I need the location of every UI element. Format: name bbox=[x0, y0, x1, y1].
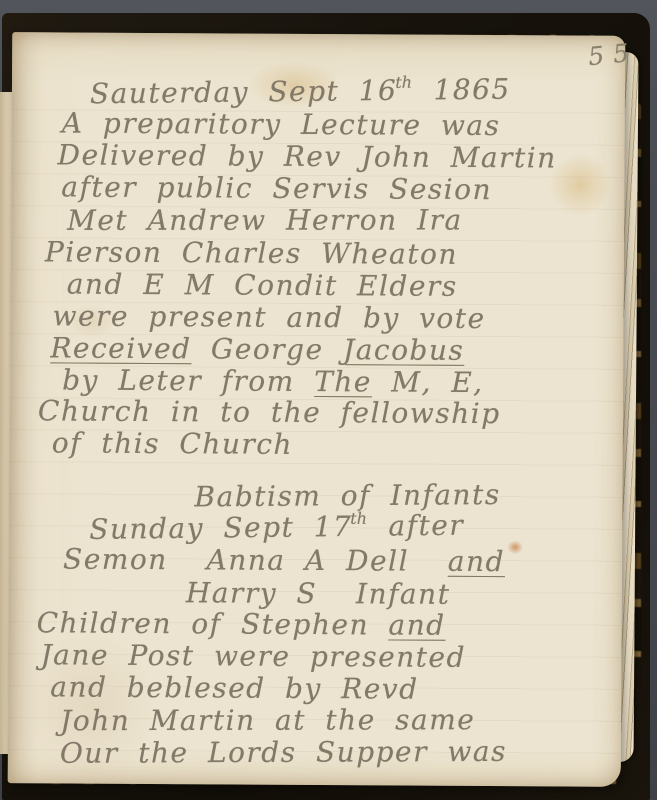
underlined-word: The bbox=[314, 365, 372, 398]
manuscript-line: Church in to the fellowship bbox=[38, 397, 501, 428]
superscript-ordinal: th bbox=[350, 509, 367, 528]
manuscript-line: after public Servis Sesion bbox=[61, 173, 492, 204]
line-text: Children of Stephen bbox=[37, 606, 389, 641]
manuscript-line: Semon Anna A Dell and bbox=[63, 545, 505, 576]
manuscript-line: Sunday Sept 17th after bbox=[89, 512, 464, 544]
manuscript-line: John Martin at the same bbox=[60, 706, 475, 735]
manuscript-line: Delivered by Rev John Martin bbox=[57, 141, 556, 172]
manuscript-line: were present and by vote bbox=[52, 302, 485, 333]
line-text: after bbox=[369, 509, 465, 543]
manuscript-heading: Babtism of Infants bbox=[194, 481, 500, 511]
line-text: Sauterday Sept 16 bbox=[90, 74, 398, 110]
underlined-word: Received bbox=[50, 331, 191, 365]
manuscript-line: and beblesed by Revd bbox=[50, 673, 418, 703]
manuscript-line: of this Church bbox=[52, 429, 293, 458]
line-text: 1865 bbox=[414, 73, 511, 107]
manuscript-line: Our the Lords Supper was bbox=[60, 738, 507, 768]
manuscript-line: Harry S Infant bbox=[186, 579, 451, 609]
underlined-word: and bbox=[388, 608, 445, 641]
manuscript-line: by Leter from The M, E, bbox=[62, 366, 484, 397]
handwritten-text: Sauterday Sept 16th 1865 A preparitory L… bbox=[8, 32, 626, 787]
manuscript-line: Sauterday Sept 16th 1865 bbox=[90, 76, 511, 109]
line-text: George bbox=[191, 332, 343, 366]
manuscript-line: Pierson Charles Wheaton bbox=[45, 238, 458, 269]
underlined-word: and bbox=[448, 545, 505, 578]
manuscript-line: and E M Condit Elders bbox=[67, 270, 458, 300]
line-text: Sunday Sept 17 bbox=[89, 510, 352, 546]
line-text: M, E, bbox=[372, 365, 484, 399]
photo-backdrop: 55 Sauterday Sept 16th 1865 A preparitor… bbox=[0, 0, 657, 800]
line-text: Semon Anna A Dell bbox=[63, 542, 448, 577]
manuscript-line: Received George Jacobus bbox=[50, 334, 464, 365]
superscript-ordinal: th bbox=[395, 73, 412, 92]
manuscript-line: A preparitory Lecture was bbox=[62, 109, 501, 140]
manuscript-line: Children of Stephen and bbox=[37, 609, 446, 639]
journal-page: 55 Sauterday Sept 16th 1865 A preparitor… bbox=[8, 32, 626, 787]
underlined-word: Jacobus bbox=[343, 333, 464, 367]
manuscript-line: Jane Post were presented bbox=[40, 641, 466, 672]
line-text: by Leter from bbox=[62, 363, 314, 398]
manuscript-line: Met Andrew Herron Ira bbox=[67, 207, 463, 235]
